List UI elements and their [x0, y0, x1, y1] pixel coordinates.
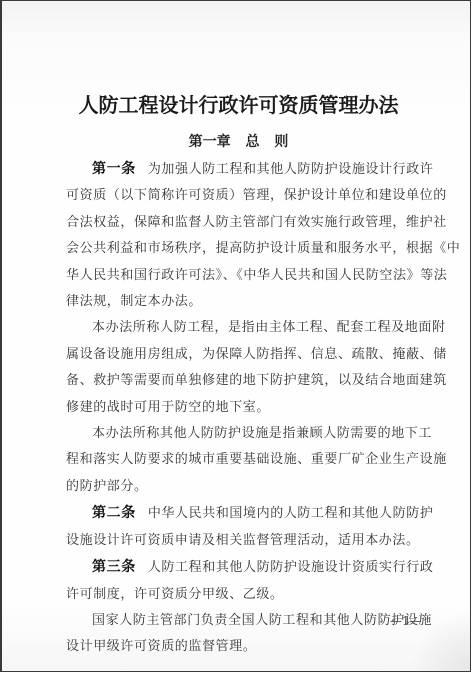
page-number: —1— [390, 614, 422, 628]
line-text: 为加强人防工程和其他人防防护设施设计行政许 [148, 162, 434, 177]
paragraph-line: 华人民共和国行政许可法》、《中华人民共和国人民防空法》等法 [66, 263, 416, 289]
chapter-heading: 第一章 总 则 [2, 131, 473, 151]
paragraph-line: 本办法所称其他人防防护设施是指兼顾人防需要的地下工 [66, 421, 416, 447]
paragraph-line: 程和落实人防要求的城市重要基础设施、重要厂矿企业生产设施 [66, 447, 416, 473]
article-label: 第一条 [92, 161, 136, 177]
paragraph-line: 设施设计许可资质申请及相关监督管理活动，适用本办法。 [66, 528, 416, 554]
document-page: 人防工程设计行政许可资质管理办法 第一章 总 则 第一条为加强人防工程和其他人防… [0, 0, 471, 672]
article-3-paragraph: 第三条人防工程和其他人防防护设施设计资质实行行政 许可制度，许可资质分甲级、乙级… [66, 554, 416, 608]
document-title: 人防工程设计行政许可资质管理办法 [2, 89, 473, 118]
article-2-paragraph: 第二条中华人民共和国境内的人防工程和其他人防防护 设施设计许可资质申请及相关监督… [66, 500, 416, 554]
paragraph-line: 第二条中华人民共和国境内的人防工程和其他人防防护 [66, 500, 416, 527]
line-text: 中华人民共和国境内的人防工程和其他人防防护 [148, 506, 434, 521]
paragraph-line: 本办法所称人防工程，是指由主体工程、配套工程及地面附 [66, 315, 416, 341]
paragraph-line: 备、救护等需要而单独修建的地下防护建筑，以及结合地面建筑 [66, 368, 416, 394]
paragraph-line: 第一条为加强人防工程和其他人防防护设施设计行政许 [66, 156, 416, 183]
line-text: 人防工程和其他人防防护设施设计资质实行行政 [148, 560, 434, 575]
paragraph-line: 设计甲级许可资质的监督管理。 [66, 634, 416, 660]
paragraph-line: 修建的战时可用于防空的地下室。 [66, 395, 416, 421]
supervision-paragraph: 国家人防主管部门负责全国人防工程和其他人防防护设施 设计甲级许可资质的监督管理。 [66, 608, 416, 661]
document-body: 第一条为加强人防工程和其他人防防护设施设计行政许 可资质（以下简称许可资质）管理… [66, 156, 416, 661]
paragraph-line: 律法规，制定本办法。 [66, 289, 416, 315]
definition-paragraph: 本办法所称人防工程，是指由主体工程、配套工程及地面附 属设备设施用房组成，为保障… [66, 315, 416, 421]
article-label: 第二条 [92, 505, 136, 521]
paragraph-line: 可资质（以下简称许可资质）管理，保护设计单位和建设单位的 [66, 183, 416, 209]
paragraph-line: 第三条人防工程和其他人防防护设施设计资质实行行政 [66, 554, 416, 581]
paragraph-line: 国家人防主管部门负责全国人防工程和其他人防防护设施 [66, 608, 416, 634]
article-label: 第三条 [92, 559, 136, 575]
paragraph-line: 合法权益，保障和监督人防主管部门有效实施行政管理，维护社 [66, 210, 416, 236]
definition-paragraph: 本办法所称其他人防防护设施是指兼顾人防需要的地下工 程和落实人防要求的城市重要基… [66, 421, 416, 500]
paragraph-line: 属设备设施用房组成，为保障人防指挥、信息、疏散、掩蔽、储 [66, 342, 416, 368]
paragraph-line: 会公共利益和市场秩序，提高防护设计质量和服务水平，根据《中 [66, 236, 416, 262]
paragraph-line: 的防护部分。 [66, 474, 416, 500]
paragraph-line: 许可制度，许可资质分甲级、乙级。 [66, 582, 416, 608]
article-1-paragraph: 第一条为加强人防工程和其他人防防护设施设计行政许 可资质（以下简称许可资质）管理… [66, 156, 416, 315]
